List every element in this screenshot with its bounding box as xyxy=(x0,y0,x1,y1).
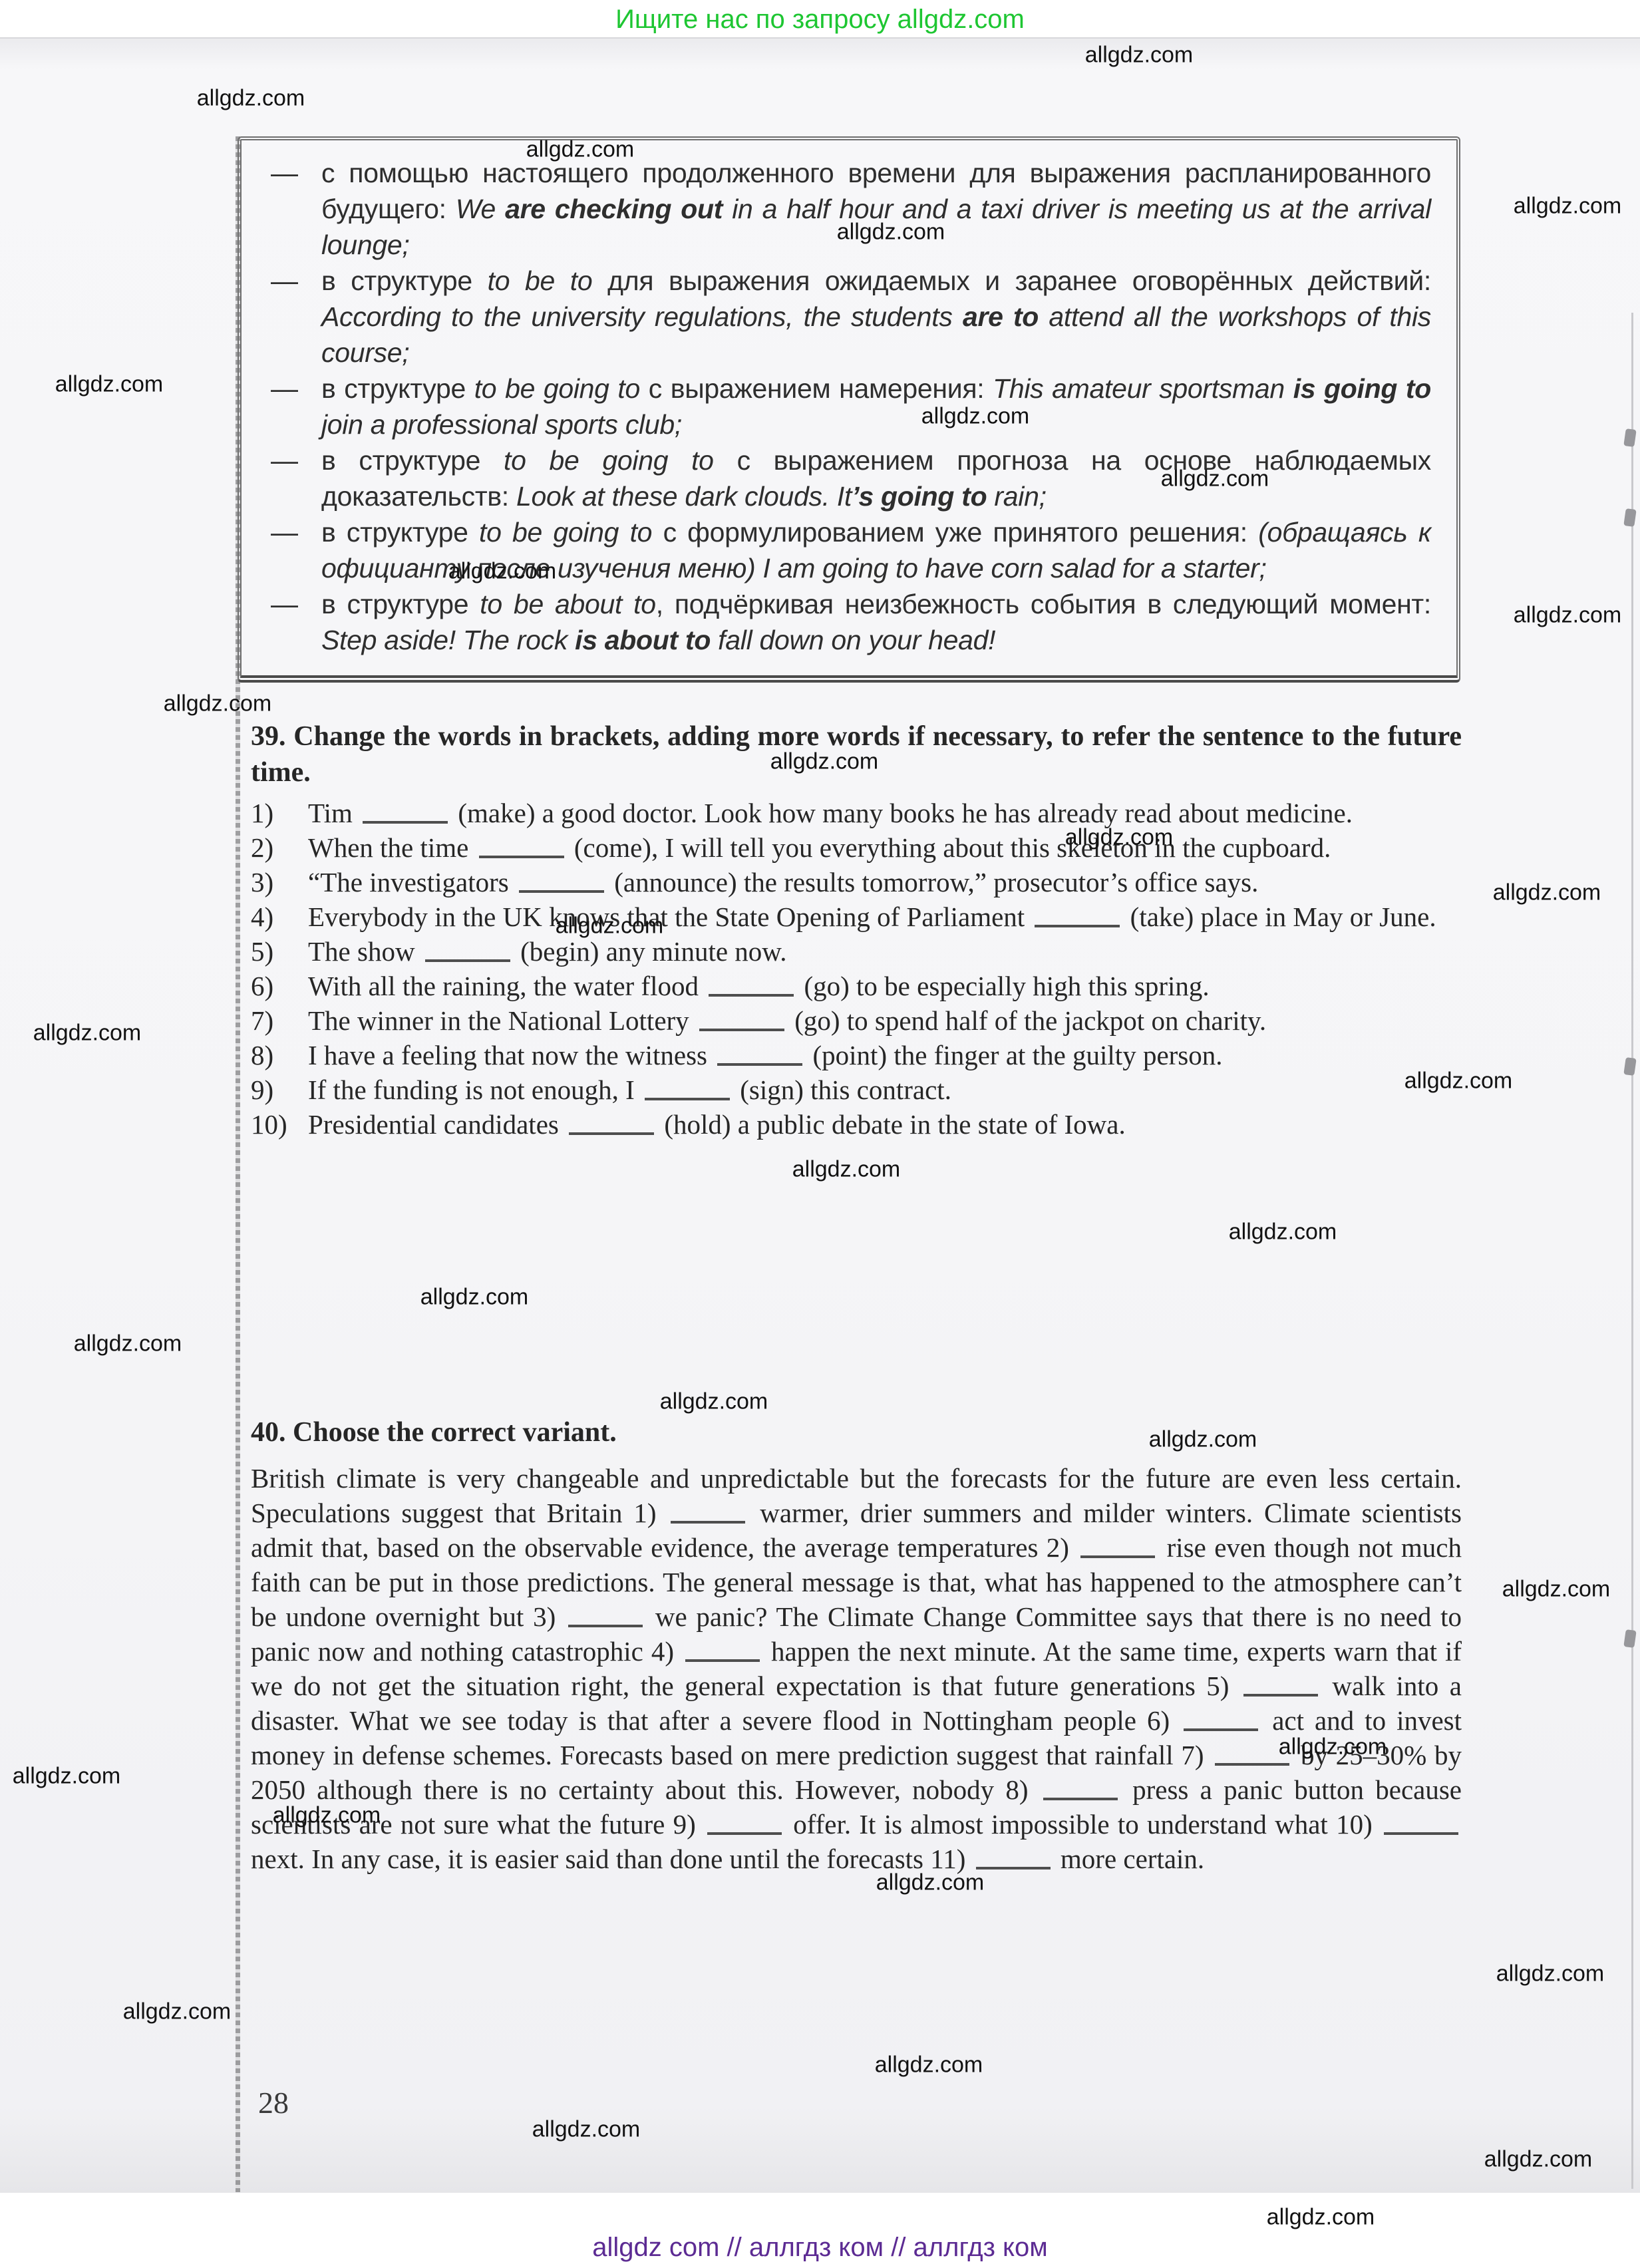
watermark: allgdz.com xyxy=(74,1331,182,1357)
answer-blank xyxy=(569,1127,654,1135)
numbered-blank: 9) xyxy=(673,1809,785,1840)
blank-number: 7) xyxy=(1181,1740,1212,1770)
watermark: allgdz.com xyxy=(1267,2205,1375,2231)
watermark: allgdz.com xyxy=(1484,2147,1593,2173)
watermark: allgdz.com xyxy=(770,749,879,775)
answer-blank xyxy=(707,1827,782,1835)
exercise-40-number: 40. xyxy=(251,1417,286,1448)
answer-blank xyxy=(1184,1723,1258,1731)
watermark: allgdz.com xyxy=(792,1157,901,1183)
watermark: allgdz.com xyxy=(55,372,164,398)
item-number: 9) xyxy=(251,1072,273,1107)
rule-text-run: to be going to xyxy=(474,373,640,404)
rule-text-run: are checking out xyxy=(505,194,723,224)
future-forms-rules-box: —с помощью настоящего продолженного врем… xyxy=(238,136,1460,683)
watermark: allgdz.com xyxy=(1085,43,1194,69)
promo-header: Ищите нас по запросу allgdz.com xyxy=(0,4,1640,35)
watermark: allgdz.com xyxy=(1514,194,1622,220)
rule-text-run: для выражения ожидаемых и заранее оговор… xyxy=(592,265,1431,296)
blank-number: 8) xyxy=(1005,1774,1039,1805)
rule-text-run: fall down on your head! xyxy=(711,625,995,655)
rule-text-run: в структуре xyxy=(321,265,488,296)
blank-number: 6) xyxy=(1147,1705,1180,1736)
item-text: I have a feeling that now the witness (p… xyxy=(308,1040,1223,1070)
answer-blank xyxy=(519,885,604,893)
answer-blank xyxy=(709,989,794,997)
item-text: If the funding is not enough, I (sign) t… xyxy=(308,1074,951,1105)
watermark: allgdz.com xyxy=(1279,1734,1387,1760)
rule-text-run: , подчёркивая неизбежность события в сле… xyxy=(656,589,1431,619)
answer-blank xyxy=(1384,1827,1458,1835)
answer-blank xyxy=(479,850,564,858)
exercise-item: 9)If the funding is not enough, I (sign)… xyxy=(251,1072,1462,1107)
item-text: The winner in the National Lottery (go) … xyxy=(308,1005,1266,1036)
answer-blank xyxy=(1080,1550,1155,1558)
item-number: 10) xyxy=(251,1107,287,1142)
answer-blank xyxy=(1043,1792,1118,1800)
watermark: allgdz.com xyxy=(420,1285,529,1311)
exercise-item: 2)When the time (come), I will tell you … xyxy=(251,830,1462,865)
watermark: allgdz.com xyxy=(1502,1577,1611,1603)
promo-footer: allgdz com // аллгдз ком // аллгдз ком xyxy=(0,2233,1640,2263)
rule-text-run: Look at these dark clouds. It xyxy=(516,481,852,512)
exercise-item: 7)The winner in the National Lottery (go… xyxy=(251,1003,1462,1038)
exercise-39-items: 1)Tim (make) a good doctor. Look how man… xyxy=(251,796,1462,1142)
exercise-item: 3)“The investigators (announce) the resu… xyxy=(251,865,1462,899)
numbered-blank: 4) xyxy=(651,1636,763,1667)
watermark: allgdz.com xyxy=(164,691,272,717)
watermark: allgdz.com xyxy=(123,1999,232,2025)
watermark: allgdz.com xyxy=(273,1803,381,1829)
rule-bullet-text: в структуре to be going to с выражением … xyxy=(321,371,1431,442)
answer-blank xyxy=(685,1654,760,1662)
watermark: allgdz.com xyxy=(448,559,557,585)
answer-blank xyxy=(976,1862,1051,1869)
item-text: Tim (make) a good doctor. Look how many … xyxy=(308,798,1353,828)
scanned-textbook-page: Ищите нас по запросу allgdz.com —с помощ… xyxy=(0,0,1640,2268)
rule-text-run: Step aside! The rock xyxy=(321,625,575,655)
bullet-dash-icon: — xyxy=(271,442,321,514)
rule-bullet-text: в структуре to be about to, подчёркивая … xyxy=(321,586,1431,658)
rule-bullet: —в структуре to be going to с формулиров… xyxy=(271,514,1431,586)
item-text: Presidential candidates (hold) a public … xyxy=(308,1109,1126,1140)
item-text: With all the raining, the water flood (g… xyxy=(308,971,1210,1001)
watermark: allgdz.com xyxy=(556,913,664,939)
page-number: 28 xyxy=(258,2085,289,2120)
watermark: allgdz.com xyxy=(837,220,945,245)
item-number: 4) xyxy=(251,899,273,934)
rule-text-run: is going to xyxy=(1293,373,1431,404)
rule-text-run: ’s going to xyxy=(852,481,987,512)
rule-bullet-text: с помощью настоящего продолженного време… xyxy=(321,155,1431,263)
rule-text-run: to be to xyxy=(488,265,593,296)
numbered-blank: 2) xyxy=(1047,1532,1159,1563)
answer-blank xyxy=(568,1619,643,1627)
watermark: allgdz.com xyxy=(875,2052,983,2078)
watermark: allgdz.com xyxy=(1496,1961,1605,1987)
blank-number: 3) xyxy=(533,1601,565,1632)
bullet-dash-icon: — xyxy=(271,514,321,586)
answer-blank xyxy=(1035,919,1120,927)
watermark: allgdz.com xyxy=(33,1021,142,1047)
exercise-40-paragraph: British climate is very changeable and u… xyxy=(251,1461,1462,1876)
answer-blank xyxy=(671,1516,745,1524)
rule-bullet-text: в структуре to be to для выражения ожида… xyxy=(321,263,1431,371)
watermark: allgdz.com xyxy=(1161,466,1269,492)
rule-text-run: с формулированием уже принятого решения: xyxy=(652,517,1258,548)
watermark: allgdz.com xyxy=(1229,1219,1337,1245)
numbered-blank: 6) xyxy=(1147,1705,1261,1736)
item-text: The show (begin) any minute now. xyxy=(308,936,786,967)
rule-text-run: This amateur sportsman xyxy=(993,373,1293,404)
blank-number: 4) xyxy=(651,1636,682,1667)
watermark: allgdz.com xyxy=(921,404,1030,430)
numbered-blank: 5) xyxy=(1206,1671,1321,1701)
numbered-blank: 3) xyxy=(533,1601,646,1632)
watermark: allgdz.com xyxy=(532,2117,641,2143)
item-number: 2) xyxy=(251,830,273,865)
rule-text-run: to be going to xyxy=(504,445,714,476)
exercise-item: 6)With all the raining, the water flood … xyxy=(251,969,1462,1003)
bullet-dash-icon: — xyxy=(271,586,321,658)
watermark: allgdz.com xyxy=(1065,825,1174,851)
rule-text-run: в структуре xyxy=(321,445,504,476)
answer-blank xyxy=(717,1058,802,1066)
item-number: 6) xyxy=(251,969,273,1003)
bullet-dash-icon: — xyxy=(271,263,321,371)
numbered-blank: 10) xyxy=(1336,1809,1462,1840)
page-right-edge xyxy=(1631,313,1633,2189)
exercise-item: 1)Tim (make) a good doctor. Look how man… xyxy=(251,796,1462,830)
blank-number: 2) xyxy=(1047,1532,1078,1563)
watermark: allgdz.com xyxy=(1149,1427,1257,1453)
rule-bullet: —в структуре to be to для выражения ожид… xyxy=(271,263,1431,371)
exercise-item: 10)Presidential candidates (hold) a publ… xyxy=(251,1107,1462,1142)
answer-blank xyxy=(645,1092,730,1100)
numbered-blank: 7) xyxy=(1181,1740,1293,1770)
exercise-40-heading: 40. Choose the correct variant. xyxy=(251,1414,1462,1450)
blank-number: 1) xyxy=(633,1498,667,1528)
item-number: 1) xyxy=(251,796,273,830)
watermark: allgdz.com xyxy=(660,1389,768,1415)
numbered-blank: 1) xyxy=(633,1498,748,1528)
rule-text-run: в структуре xyxy=(321,517,479,548)
rule-text-run: rain; xyxy=(987,481,1046,512)
exercise-39-number: 39. xyxy=(251,721,286,752)
blank-number: 5) xyxy=(1206,1671,1240,1701)
rule-text-run: с выражением намерения: xyxy=(640,373,993,404)
item-text: “The investigators (announce) the result… xyxy=(308,867,1258,897)
watermark: allgdz.com xyxy=(13,1764,121,1790)
item-number: 3) xyxy=(251,865,273,899)
watermark: allgdz.com xyxy=(1404,1068,1513,1094)
rule-text-run: to be about to xyxy=(480,589,655,619)
item-text: Everybody in the UK knows that the State… xyxy=(308,901,1436,932)
watermark: allgdz.com xyxy=(876,1870,985,1896)
numbered-blank: 8) xyxy=(1005,1774,1120,1805)
item-text: When the time (come), I will tell you ev… xyxy=(308,832,1331,863)
rule-bullet: —в структуре to be about to, подчёркивая… xyxy=(271,586,1431,658)
rule-text-run: to be going to xyxy=(479,517,652,548)
exercise-item: 5)The show (begin) any minute now. xyxy=(251,934,1462,969)
rule-text-run: is about to xyxy=(575,625,711,655)
watermark: allgdz.com xyxy=(1493,880,1601,906)
rule-text-run: are to xyxy=(963,301,1039,332)
answer-blank xyxy=(363,816,448,824)
item-number: 7) xyxy=(251,1003,273,1038)
rule-text-run: We xyxy=(456,194,505,224)
watermark: allgdz.com xyxy=(526,137,635,163)
answer-blank xyxy=(699,1023,784,1031)
item-number: 5) xyxy=(251,934,273,969)
exercise-item: 4)Everybody in the UK knows that the Sta… xyxy=(251,899,1462,934)
rule-text-run: в структуре xyxy=(321,373,474,404)
bullet-dash-icon: — xyxy=(271,155,321,263)
rule-bullet: —с помощью настоящего продолженного врем… xyxy=(271,155,1431,263)
blank-number: 10) xyxy=(1336,1809,1381,1840)
watermark: allgdz.com xyxy=(197,86,305,112)
rule-text-run: According to the university regulations,… xyxy=(321,301,963,332)
watermark: allgdz.com xyxy=(1514,603,1622,629)
rule-text-run: в структуре xyxy=(321,589,480,619)
exercise-item: 8)I have a feeling that now the witness … xyxy=(251,1038,1462,1072)
rule-text-run: join a professional sports club; xyxy=(321,409,682,440)
item-number: 8) xyxy=(251,1038,273,1072)
answer-blank xyxy=(425,954,510,962)
bullet-dash-icon: — xyxy=(271,371,321,442)
exercise-40-title: Choose the correct variant. xyxy=(293,1417,617,1448)
rule-bullet: —в структуре to be going to с выражением… xyxy=(271,371,1431,442)
answer-blank xyxy=(1243,1689,1318,1697)
blank-number: 9) xyxy=(673,1809,704,1840)
